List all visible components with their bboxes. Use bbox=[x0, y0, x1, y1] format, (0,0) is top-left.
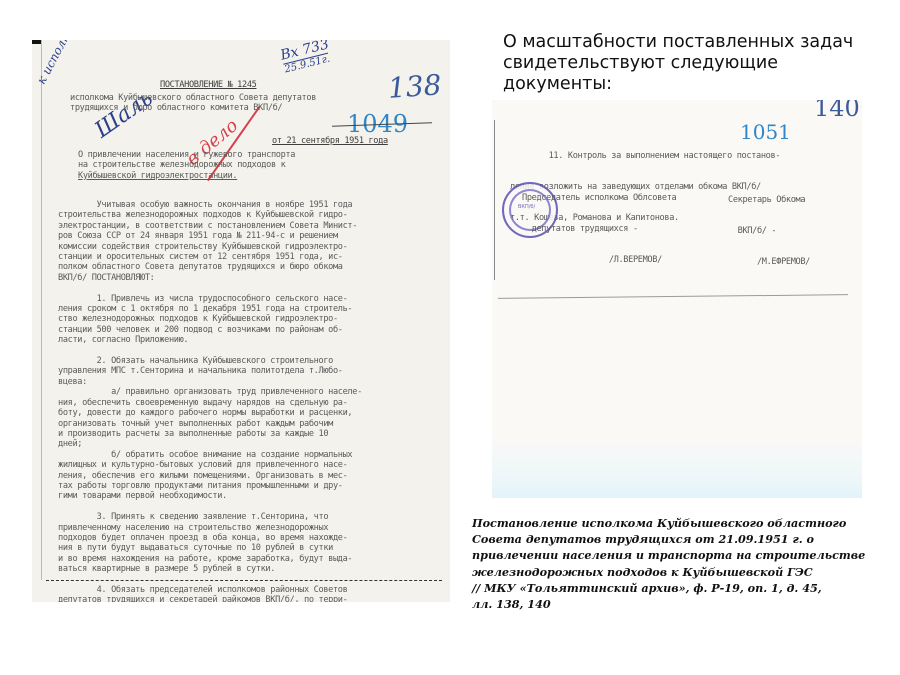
body-line: жилищных и культурно-бытовых условий для… bbox=[58, 460, 362, 470]
body-line: ваться квартирные в размере 5 рублей в с… bbox=[58, 564, 362, 574]
body-line: и производить расчеты за выполненные раб… bbox=[58, 429, 362, 439]
handwritten-margin-note: к исполнению и плановый bbox=[34, 40, 125, 87]
caption-line: железнодорожных подходов к Куйбышевской … bbox=[472, 564, 882, 580]
document-issuer: исполкома Куйбышевского областного Совет… bbox=[70, 93, 316, 114]
heading-line: свидетельствуют следующие bbox=[503, 53, 883, 74]
body-line: управления МПС т.Сенторина и начальника … bbox=[58, 366, 362, 376]
archival-document-scan-right: 140 1051 11. Контроль за выполнением нас… bbox=[492, 100, 862, 498]
body-line: а/ правильно организовать труд привлечен… bbox=[58, 387, 362, 397]
body-line: боту, довести до каждого рабочего нормы … bbox=[58, 408, 362, 418]
caption-line: // МКУ «Тольяттинский архив», ф. Р-19, о… bbox=[472, 580, 882, 596]
body-line: 3. Принять к сведению заявление т.Сентор… bbox=[58, 512, 362, 522]
document-title: ПОСТАНОВЛЕНИЕ № 1245 bbox=[160, 80, 256, 90]
handwritten-sheet-number: 138 bbox=[387, 68, 443, 105]
archive-caption: Постановление исполкома Куйбышевского об… bbox=[472, 515, 882, 612]
issuer-line: исполкома Куйбышевского областного Совет… bbox=[70, 93, 316, 103]
body-line: 2. Обязать начальника Куйбышевского стро… bbox=[58, 356, 362, 366]
body-line: ласти, согласно Приложению. bbox=[58, 335, 362, 345]
body-line: станции и оросительных систем от 12 сент… bbox=[58, 252, 362, 262]
heading-line: О масштабности поставленных задач bbox=[503, 32, 883, 53]
signature-block-right: Секретарь Обкома ВКП/б/ - /М.ЕФРЕМОВ/ bbox=[728, 174, 810, 288]
document-body: Учитывая особую важность окончания в ноя… bbox=[58, 200, 362, 602]
signature-line: ВКП/б/ - bbox=[728, 226, 810, 236]
page-edge-line bbox=[498, 294, 848, 299]
body-line bbox=[58, 502, 362, 512]
caption-line: привлечении населения и транспорта на ст… bbox=[472, 547, 882, 563]
body-line: ния в пути будут выдаваться суточные по … bbox=[58, 543, 362, 553]
subject-line: О привлечении населения и гужевого транс… bbox=[78, 150, 295, 160]
body-line bbox=[58, 346, 362, 356]
body-line: гими товарами первой необходимости. bbox=[58, 491, 362, 501]
body-line: и во время нахождения на работе, кроме з… bbox=[58, 554, 362, 564]
dashed-rule bbox=[46, 580, 442, 581]
signature-line: /Л.ВЕРЕМОВ/ bbox=[522, 255, 676, 265]
document-subject: О привлечении населения и гужевого транс… bbox=[78, 150, 295, 181]
body-line: строительства железнодорожных подходов к… bbox=[58, 210, 362, 220]
document-date: от 21 сентября 1951 года bbox=[272, 136, 388, 146]
body-line: 4. Обязать председателей исполкомов райо… bbox=[58, 585, 362, 595]
archival-document-scan-left: к исполнению и плановый Шаль Вх 733 25.9… bbox=[32, 40, 450, 602]
body-line: ления сроком с 1 октября по 1 декабря 19… bbox=[58, 304, 362, 314]
body-line: организовать точный учет выполненных раб… bbox=[58, 419, 362, 429]
subject-line: Куйбышевской гидроэлектростанции. bbox=[78, 171, 295, 181]
page-fold-line bbox=[494, 120, 495, 280]
body-line: ров Союза ССР от 24 января 1951 года № 2… bbox=[58, 231, 362, 241]
body-line: электростанции, в соответствии с постано… bbox=[58, 221, 362, 231]
body-line: комиссии содействия строительству Куйбыш… bbox=[58, 242, 362, 252]
signature-block-left: Председатель исполкома Облсовета депутат… bbox=[522, 172, 676, 286]
body-line: Учитывая особую важность окончания в ноя… bbox=[58, 200, 362, 210]
scan-gradient bbox=[492, 438, 862, 498]
body-line: тах работы торговлю продуктами питания п… bbox=[58, 481, 362, 491]
caption-line: Постановление исполкома Куйбышевского об… bbox=[472, 515, 882, 531]
page-fold-line bbox=[41, 40, 42, 580]
body-line: привлеченному населению на строительство… bbox=[58, 523, 362, 533]
handwritten-sheet-number: 140 bbox=[814, 100, 860, 122]
caption-line: лл. 138, 140 bbox=[472, 596, 882, 612]
body-line: ния, обеспечить своевременную выдачу нар… bbox=[58, 398, 362, 408]
signature-line: депутатов трудящихся - bbox=[522, 224, 676, 234]
body-line bbox=[58, 283, 362, 293]
body-line: б/ обратить особое внимание на создание … bbox=[58, 450, 362, 460]
signature-line: /М.ЕФРЕМОВ/ bbox=[728, 257, 810, 267]
body-line: ство железнодорожных подходов к Куйбышев… bbox=[58, 314, 362, 324]
body-line: 1. Привлечь из числа трудоспособного сел… bbox=[58, 294, 362, 304]
caption-line: Совета депутатов трудящихся от 21.09.195… bbox=[472, 531, 882, 547]
body-line: 11. Контроль за выполнением настоящего п… bbox=[510, 151, 780, 161]
body-line: вцева: bbox=[58, 377, 362, 387]
body-line: депутатов трудящихся и секретарей райком… bbox=[58, 595, 362, 602]
body-line: ления, обеспечив его жилыми помещениями.… bbox=[58, 471, 362, 481]
body-line: подходов будет оплачен проезд в оба конц… bbox=[58, 533, 362, 543]
heading-line: документы: bbox=[503, 74, 883, 95]
body-line: ВКП/б/ ПОСТАНОВЛЯЮТ: bbox=[58, 273, 362, 283]
body-line: станции 500 человек и 200 подвод с возчи… bbox=[58, 325, 362, 335]
body-line: дней; bbox=[58, 439, 362, 449]
signature-line: Председатель исполкома Облсовета bbox=[522, 193, 676, 203]
subject-line: на строительстве железнодорожных подходо… bbox=[78, 160, 295, 170]
signature-line: Секретарь Обкома bbox=[728, 195, 810, 205]
issuer-line: трудящихся и бюро областного комитета ВК… bbox=[70, 103, 316, 113]
body-line: полком областного Совета депутатов трудя… bbox=[58, 262, 362, 272]
slide-heading: О масштабности поставленных задач свидет… bbox=[503, 32, 883, 95]
